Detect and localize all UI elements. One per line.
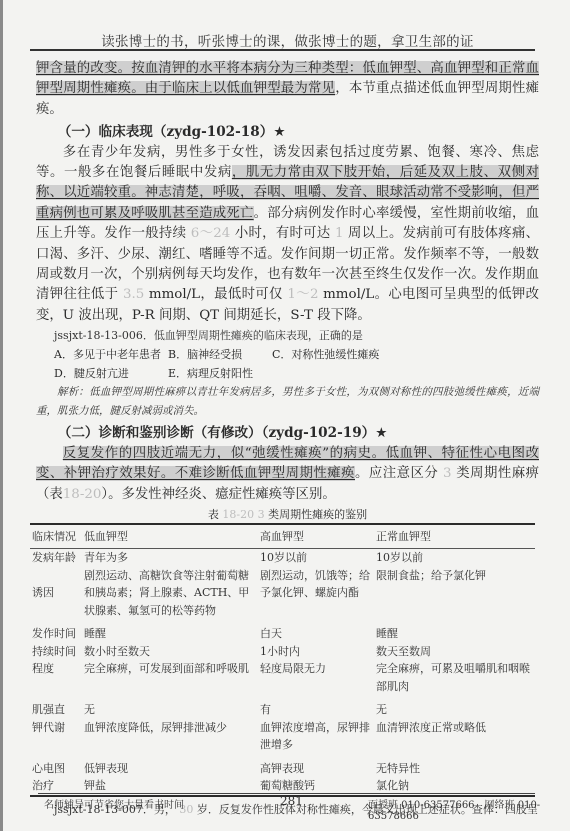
scan-left-edge <box>0 0 3 831</box>
comparison-table-body: 发病年龄青年为多10岁以前10岁以前 诱因剧烈运动、高糖饮食等注射葡萄糖和胰岛素… <box>30 549 535 795</box>
star-icon: ★ <box>375 425 387 441</box>
option-b: B．脑神经受损 <box>168 345 272 364</box>
comparison-table: 临床情况 低血钾型 高血钾型 正常血钾型 <box>30 525 535 549</box>
question-options-row1: A．多见于中老年患者 B．脑神经受损 C．对称性弛缓性瘫痪 <box>36 345 539 364</box>
running-head: 读张博士的书，听张博士的课，做张博士的题，拿卫生部的证 <box>30 30 545 50</box>
question-explanation: 解析：低血钾型周期性麻痹以青壮年发病居多，男性多于女性，为双侧对称性的四肢弛缓性… <box>36 383 539 421</box>
option-d: D．腱反射亢进 <box>54 364 168 383</box>
table-row: 诱因剧烈运动、高糖饮食等注射葡萄糖和胰岛素；肾上腺素、ACTH、甲状腺素、氟氢可… <box>30 567 535 620</box>
table-caption: 表 18-20 3 类周期性瘫痪的鉴别 <box>36 507 539 523</box>
table-row: 肌强直无有无 <box>30 695 535 719</box>
table-row: 持续时间数小时至数天1小时内数天至数周 <box>30 643 535 661</box>
page-body: 钾含量的改变。按血清钾的水平将本病分为三种类型：低血钾型、高血钾型和正常血钾型周… <box>36 59 539 819</box>
intro-paragraph: 钾含量的改变。按血清钾的水平将本病分为三种类型：低血钾型、高血钾型和正常血钾型周… <box>36 59 539 120</box>
page-number: 281 <box>280 794 303 808</box>
section-heading-diagnosis: （二）诊断和鉴别诊断（有修改）（zydg-102-19）★ <box>36 423 539 443</box>
section-heading-clinical: （一）临床表现（zydg-102-18）★ <box>36 122 539 142</box>
option-c: C．对称性弛缓性瘫痪 <box>272 345 379 364</box>
diagnosis-paragraph: 反复发作的四肢近端无力，似“弛缓性瘫痪”的病史。低血钾、特征性心电图改变、补钾治… <box>36 444 539 505</box>
option-e: E．病理反射阳性 <box>168 364 253 383</box>
option-a: A．多见于中老年患者 <box>54 345 168 364</box>
footer-contact: 面授班 010-63577666 网络班 010-63578666 <box>368 796 545 822</box>
table-header-row: 临床情况 低血钾型 高血钾型 正常血钾型 <box>30 525 535 549</box>
footer-slogan: 名师辅导可节省您大量看书时间 <box>44 796 184 811</box>
table-row: 发作时间睡醒白天睡醒 <box>30 619 535 643</box>
header-rule <box>30 49 535 51</box>
table-row: 心电图低钾表现高钾表现无特异性 <box>30 754 535 778</box>
table-row: 发病年龄青年为多10岁以前10岁以前 <box>30 549 535 567</box>
table-row: 钾代谢血钾浓度降低，尿钾排泄减少血钾浓度增高，尿钾排泄增多血清钾浓度正常或略低 <box>30 719 535 754</box>
clinical-paragraph: 多在青少年发病，男性多于女性，诱发因素包括过度劳累、饱餐、寒冷、焦虑等。一般多在… <box>36 143 539 327</box>
question-stem: jssjxt-18-13-006．低血钾型周期性瘫痪的临床表现，正确的是 <box>36 326 539 345</box>
question-options-row2: D．腱反射亢进 E．病理反射阳性 <box>36 364 539 383</box>
table-row: 程度完全麻痹，可发展到面部和呼吸肌轻度局限无力完全麻痹，可累及咀嚼肌和咽喉部肌肉 <box>30 660 535 695</box>
star-icon: ★ <box>273 124 285 140</box>
